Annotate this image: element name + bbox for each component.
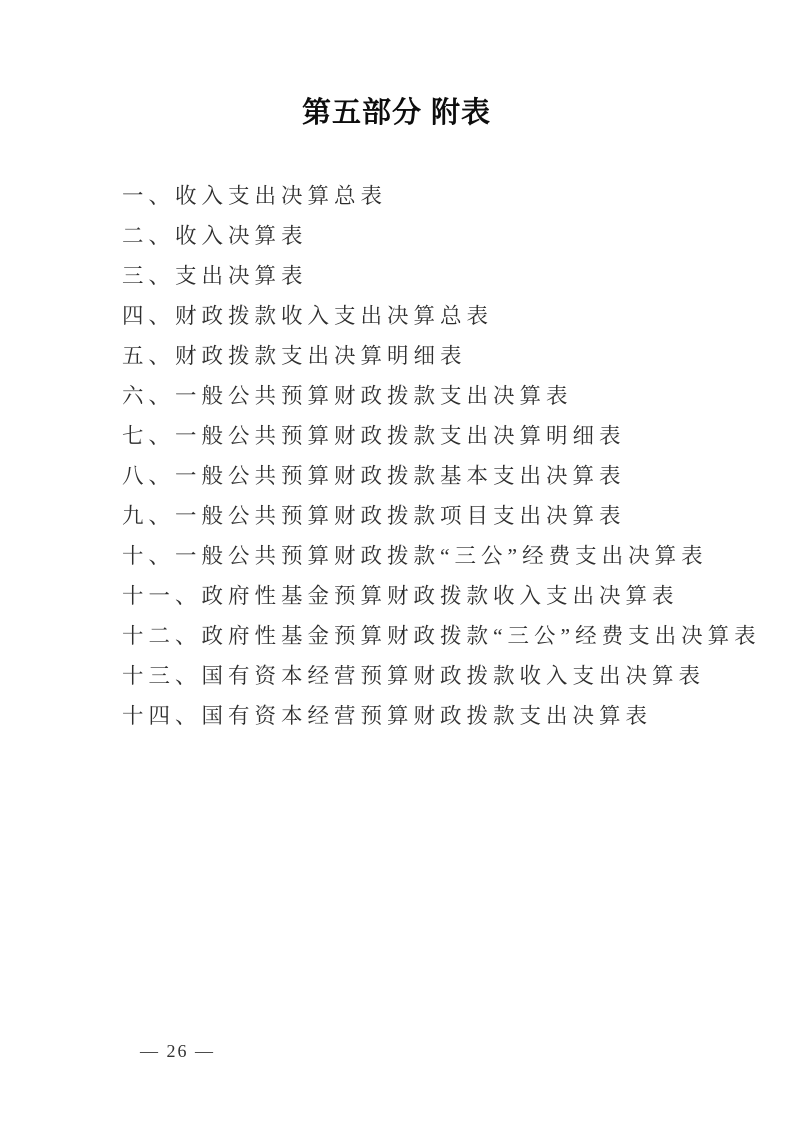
toc-item: 十二、政府性基金预算财政拨款“三公”经费支出决算表 xyxy=(122,616,753,656)
toc-item: 五、财政拨款支出决算明细表 xyxy=(122,336,753,376)
document-page: 第五部分 附表 一、收入支出决算总表 二、收入决算表 三、支出决算表 四、财政拨… xyxy=(0,0,793,1122)
toc-item: 三、支出决算表 xyxy=(122,256,753,296)
toc-item: 八、一般公共预算财政拨款基本支出决算表 xyxy=(122,456,753,496)
toc-item: 七、一般公共预算财政拨款支出决算明细表 xyxy=(122,416,753,456)
toc-item: 二、收入决算表 xyxy=(122,216,753,256)
toc-item: 十一、政府性基金预算财政拨款收入支出决算表 xyxy=(122,576,753,616)
toc-item: 六、一般公共预算财政拨款支出决算表 xyxy=(122,376,753,416)
toc-item: 十、一般公共预算财政拨款“三公”经费支出决算表 xyxy=(122,536,753,576)
toc-item: 四、财政拨款收入支出决算总表 xyxy=(122,296,753,336)
page-title: 第五部分 附表 xyxy=(0,96,793,130)
toc-item: 十四、国有资本经营预算财政拨款支出决算表 xyxy=(122,696,753,736)
toc-list: 一、收入支出决算总表 二、收入决算表 三、支出决算表 四、财政拨款收入支出决算总… xyxy=(122,176,753,736)
toc-item: 九、一般公共预算财政拨款项目支出决算表 xyxy=(122,496,753,536)
toc-item: 一、收入支出决算总表 xyxy=(122,176,753,216)
page-number: — 26 — xyxy=(140,1040,215,1062)
toc-item: 十三、国有资本经营预算财政拨款收入支出决算表 xyxy=(122,656,753,696)
